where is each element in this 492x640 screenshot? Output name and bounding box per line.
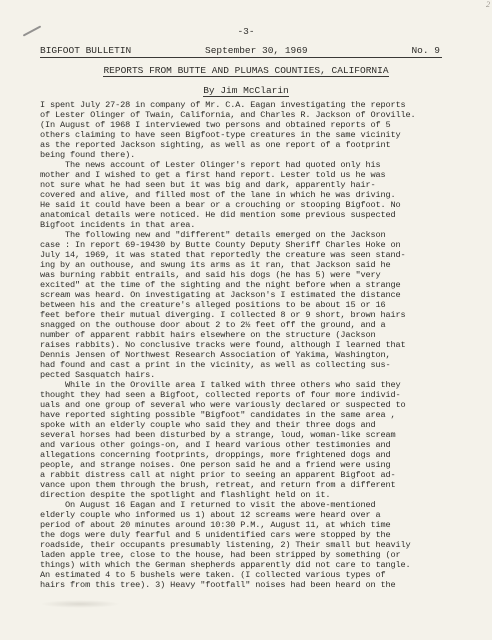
text-line: people, and strange noises. One person s…: [40, 460, 490, 470]
text-line: case : In report 69-19430 by Butte Count…: [40, 240, 490, 250]
text-line: covered and alive, and filled most of th…: [40, 190, 490, 200]
text-line: not sure what he had seen but it was big…: [40, 180, 490, 190]
text-line: He said it could have been a bear or a c…: [40, 200, 490, 210]
text-line: things) with which the German shepherds …: [40, 560, 490, 570]
document-page: 2 -3- BIGFOOT BULLETIN September 30, 196…: [0, 0, 492, 640]
text-line: ing by an outhouse, and swung its arms a…: [40, 260, 490, 270]
text-line: of Lester Olinger of Twain, California, …: [40, 110, 490, 120]
text-line: hairs from this tree). 3) Heavy "footfal…: [40, 580, 490, 590]
text-line: July 14, 1969, it was stated that report…: [40, 250, 490, 260]
text-line: a rabbit distress call at night prior to…: [40, 470, 490, 480]
page-number: -3-: [0, 26, 492, 37]
text-line: had found and cast a print in the vicini…: [40, 360, 490, 370]
text-line: elderly couple who informed us 1) about …: [40, 510, 490, 520]
text-line: While in the Oroville area I talked with…: [40, 380, 490, 390]
article-title: REPORTS FROM BUTTE AND PLUMAS COUNTIES, …: [103, 65, 388, 77]
text-line: Dennis Jensen of Northwest Research Asso…: [40, 350, 490, 360]
text-line: excited" at the time of the sighting and…: [40, 280, 490, 290]
text-line: pected Sasquatch hairs.: [40, 370, 490, 380]
text-line: have reported sighting possible "Bigfoot…: [40, 410, 490, 420]
article-byline: By Jim McClarin: [203, 85, 289, 97]
text-line: vance upon them through the brush, retre…: [40, 480, 490, 490]
text-line: scream was heard. On investigating at Ja…: [40, 290, 490, 300]
publication-name: BIGFOOT BULLETIN: [40, 45, 131, 57]
paper-smudge: [40, 600, 120, 608]
text-line: uals and one group of several who were v…: [40, 400, 490, 410]
text-line: period of about 20 minutes around 10:30 …: [40, 520, 490, 530]
text-line: was burning rabbit entrails, and said hi…: [40, 270, 490, 280]
text-line: number of apparent rabbit hairs elsewher…: [40, 330, 490, 340]
text-line: mother and I wished to get a first hand …: [40, 170, 490, 180]
text-line: several horses had been disturbed by a s…: [40, 430, 490, 440]
text-line: snagged on the outhouse door about 2 to …: [40, 320, 490, 330]
text-line: roadside, their occupants presumably lis…: [40, 540, 490, 550]
text-line: being found there).: [40, 150, 490, 160]
article-body: I spent July 27-28 in company of Mr. C.A…: [40, 100, 490, 590]
text-line: thought they had seen a Bigfoot, collect…: [40, 390, 490, 400]
text-line: On August 16 Eagan and I returned to vis…: [40, 500, 490, 510]
text-line: The news account of Lester Olinger's rep…: [40, 160, 490, 170]
issue-date: September 30, 1969: [205, 45, 308, 57]
text-line: and various other goings-on, and I heard…: [40, 440, 490, 450]
text-line: between his and the creature's alleged p…: [40, 300, 490, 310]
handwritten-page-mark: 2: [486, 0, 490, 9]
text-line: An estimated 4 to 5 bushels were taken. …: [40, 570, 490, 580]
byline-row: By Jim McClarin: [0, 85, 492, 96]
article-title-row: REPORTS FROM BUTTE AND PLUMAS COUNTIES, …: [0, 65, 492, 76]
text-line: I spent July 27-28 in company of Mr. C.A…: [40, 100, 490, 110]
text-line: others claiming to have seen Bigfoot-typ…: [40, 130, 490, 140]
text-line: laden apple tree, close to the house, ha…: [40, 550, 490, 560]
masthead: BIGFOOT BULLETIN September 30, 1969 No. …: [40, 45, 442, 58]
text-line: Bigfoot incidents in that area.: [40, 220, 490, 230]
text-line: (In August of 1968 I interviewed two per…: [40, 120, 490, 130]
issue-number: No. 9: [411, 45, 440, 57]
text-line: spoke with an elderly couple who said th…: [40, 420, 490, 430]
text-line: allegations concerning footprints, dropp…: [40, 450, 490, 460]
text-line: direction despite the spotlight and flas…: [40, 490, 490, 500]
text-line: anatomical details were noticed. He did …: [40, 210, 490, 220]
text-line: feet before their mutual diverging. I co…: [40, 310, 490, 320]
text-line: raises rabbits). No conclusive tracks we…: [40, 340, 490, 350]
text-line: the dogs were duly fearful and 5 unident…: [40, 530, 490, 540]
text-line: as the reported Jackson sighting, as wel…: [40, 140, 490, 150]
text-line: The following new and "different" detail…: [40, 230, 490, 240]
